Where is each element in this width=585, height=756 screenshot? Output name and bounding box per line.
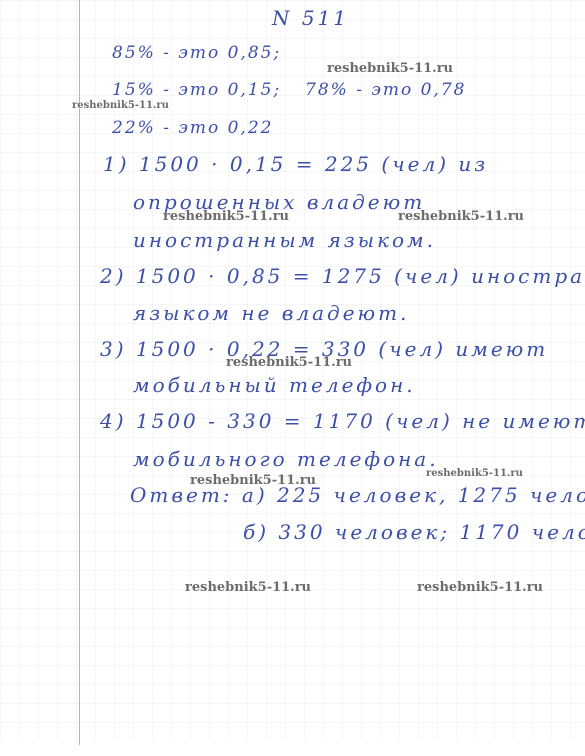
problem-number: N 511 xyxy=(272,6,349,30)
step-3-line-2: мобильный телефон. xyxy=(133,373,416,397)
step-2-line-1: 2) 1500 · 0,85 = 1275 (чел) иностранным xyxy=(100,264,585,288)
step-4-line-2: мобильного телефона. xyxy=(133,447,439,471)
given-22: 22% - это 0,22 xyxy=(112,118,273,138)
watermark: reshebnik5-11.ru xyxy=(190,473,316,488)
step-1-line-3: иностранным языком. xyxy=(133,228,436,252)
watermark: reshebnik5-11.ru xyxy=(398,209,524,224)
answer-line-2: б) 330 человек; 1170 человек xyxy=(243,520,585,544)
given-15: 15% - это 0,15; xyxy=(112,80,281,100)
watermark: reshebnik5-11.ru xyxy=(72,100,169,111)
notebook-page: N 511 85% - это 0,85; 15% - это 0,15; 78… xyxy=(0,0,585,740)
watermark: reshebnik5-11.ru xyxy=(426,468,523,479)
step-4-line-1: 4) 1500 - 330 = 1170 (чел) не имеют xyxy=(100,409,585,433)
watermark: reshebnik5-11.ru xyxy=(226,355,352,370)
watermark: reshebnik5-11.ru xyxy=(185,580,311,595)
watermark: reshebnik5-11.ru xyxy=(417,580,543,595)
step-2-line-2: языком не владеют. xyxy=(133,301,409,325)
given-78: 78% - это 0,78 xyxy=(305,80,466,100)
step-1-line-1: 1) 1500 · 0,15 = 225 (чел) из xyxy=(103,152,488,176)
margin-line xyxy=(79,0,80,745)
given-85: 85% - это 0,85; xyxy=(112,43,281,63)
watermark: reshebnik5-11.ru xyxy=(163,209,289,224)
watermark: reshebnik5-11.ru xyxy=(327,61,453,76)
